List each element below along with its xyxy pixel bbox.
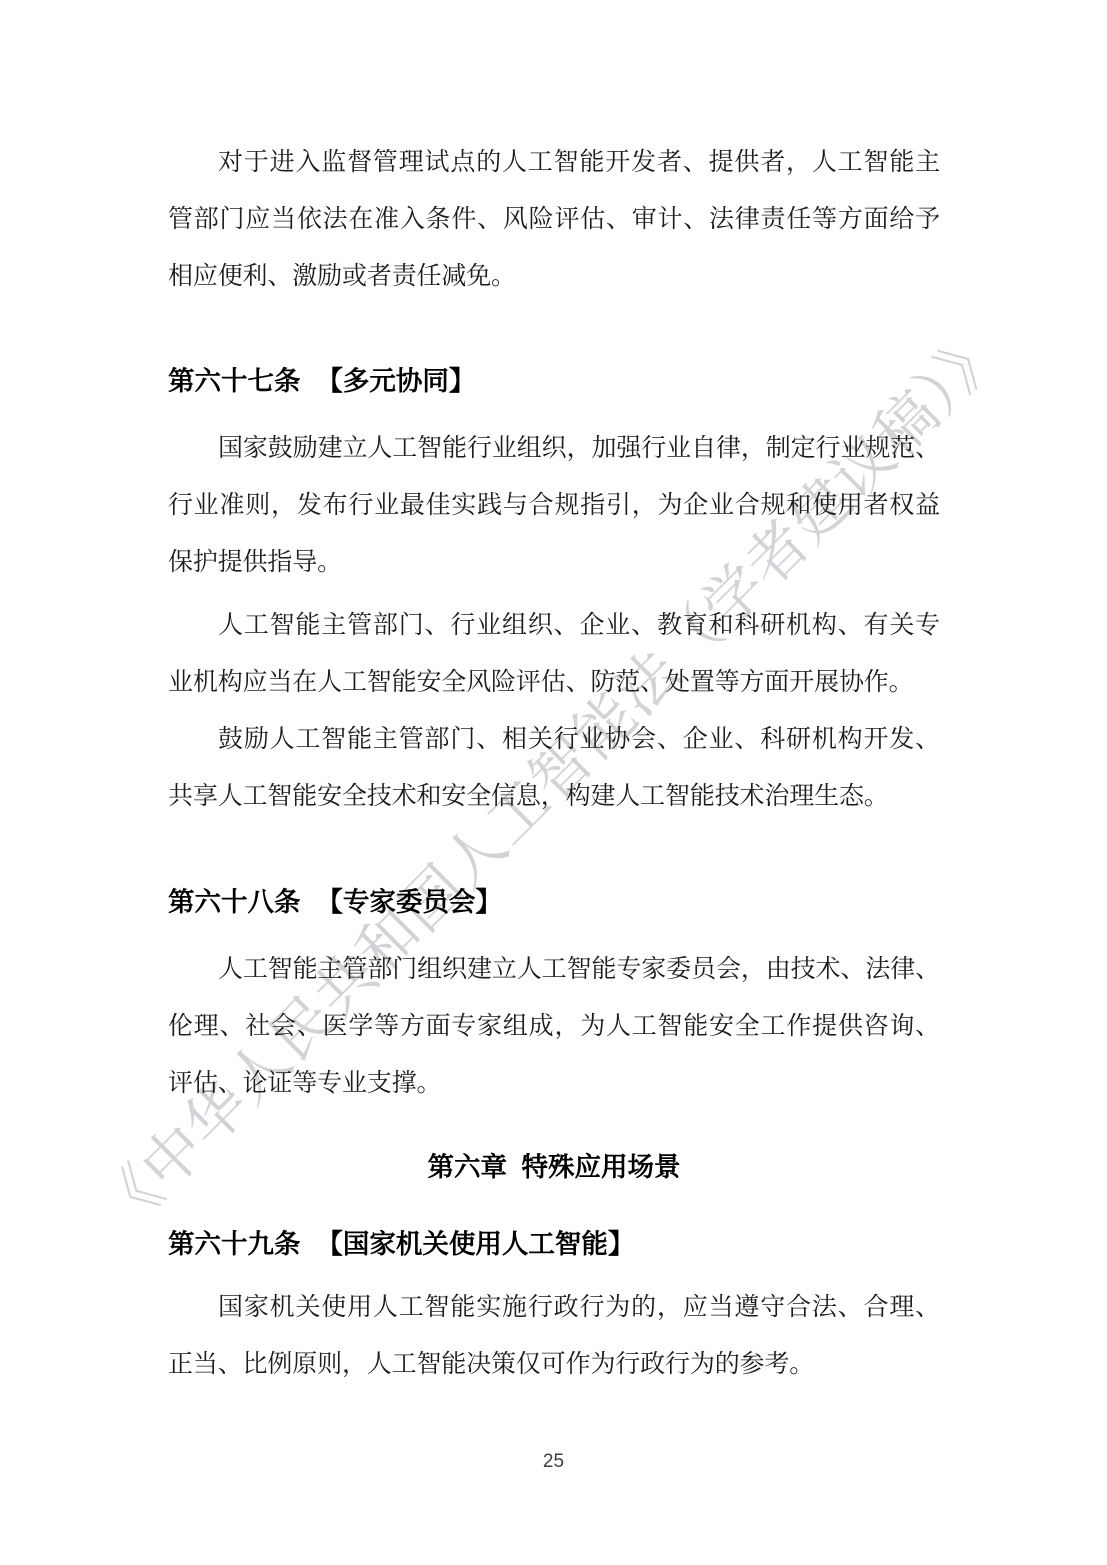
paragraph-industry-org: 国家鼓励建立人工智能行业组织，加强行业自律，制定行业规范、 行业准则，发布行业最…	[168, 420, 940, 591]
text-line: 对于进入监督管理试点的人工智能开发者、提供者，人工智能主	[168, 134, 940, 191]
article-title: 【专家委员会】	[316, 887, 502, 917]
text-line: 保护提供指导。	[168, 534, 940, 591]
text-line: 相应便利、激励或者责任减免。	[168, 248, 940, 305]
article-title: 【多元协同】	[316, 366, 475, 396]
text-line: 鼓励人工智能主管部门、相关行业协会、企业、科研机构开发、	[168, 711, 940, 768]
text-line: 国家机关使用人工智能实施行政行为的，应当遵守合法、合理、	[168, 1279, 940, 1336]
chapter-number: 第六章	[427, 1152, 507, 1182]
paragraph-tech-sharing: 鼓励人工智能主管部门、相关行业协会、企业、科研机构开发、 共享人工智能安全技术和…	[168, 711, 940, 825]
text-line: 行业准则，发布行业最佳实践与合规指引，为企业合规和使用者权益	[168, 477, 940, 534]
article-number: 第六十七条	[168, 366, 301, 396]
page-number: 25	[543, 1451, 564, 1472]
text-line: 伦理、社会、医学等方面专家组成，为人工智能安全工作提供咨询、	[168, 998, 940, 1055]
article-number: 第六十八条	[168, 887, 301, 917]
document-page: 《中华人民共和国人工智能法（学者建议稿）》 对于进入监督管理试点的人工智能开发者…	[0, 0, 1107, 1565]
paragraph-supervision-pilot: 对于进入监督管理试点的人工智能开发者、提供者，人工智能主 管部门应当依法在准入条…	[168, 134, 940, 305]
text-line: 共享人工智能安全技术和安全信息，构建人工智能技术治理生态。	[168, 768, 940, 825]
text-line: 评估、论证等专业支撑。	[168, 1055, 940, 1112]
document-content: 对于进入监督管理试点的人工智能开发者、提供者，人工智能主 管部门应当依法在准入条…	[168, 134, 940, 1393]
article-number: 第六十九条	[168, 1229, 301, 1259]
chapter-heading-6: 第六章特殊应用场景	[168, 1139, 940, 1196]
paragraph-expert-committee: 人工智能主管部门组织建立人工智能专家委员会，由技术、法律、 伦理、社会、医学等方…	[168, 941, 940, 1112]
text-line: 国家鼓励建立人工智能行业组织，加强行业自律，制定行业规范、	[168, 420, 940, 477]
text-line: 人工智能主管部门、行业组织、企业、教育和科研机构、有关专	[168, 597, 940, 654]
article-heading-69: 第六十九条【国家机关使用人工智能】	[168, 1216, 940, 1273]
paragraph-state-organs: 国家机关使用人工智能实施行政行为的，应当遵守合法、合理、 正当、比例原则，人工智…	[168, 1279, 940, 1393]
text-line: 管部门应当依法在准入条件、风险评估、审计、法律责任等方面给予	[168, 191, 940, 248]
text-line: 人工智能主管部门组织建立人工智能专家委员会，由技术、法律、	[168, 941, 940, 998]
article-heading-67: 第六十七条【多元协同】	[168, 353, 940, 410]
paragraph-collaboration: 人工智能主管部门、行业组织、企业、教育和科研机构、有关专 业机构应当在人工智能安…	[168, 597, 940, 711]
page-footer: 25	[0, 1448, 1107, 1476]
article-heading-68: 第六十八条【专家委员会】	[168, 874, 940, 931]
text-line: 正当、比例原则，人工智能决策仅可作为行政行为的参考。	[168, 1336, 940, 1393]
chapter-title: 特殊应用场景	[522, 1152, 681, 1182]
article-title: 【国家机关使用人工智能】	[316, 1229, 634, 1259]
text-line: 业机构应当在人工智能安全风险评估、防范、处置等方面开展协作。	[168, 654, 940, 711]
